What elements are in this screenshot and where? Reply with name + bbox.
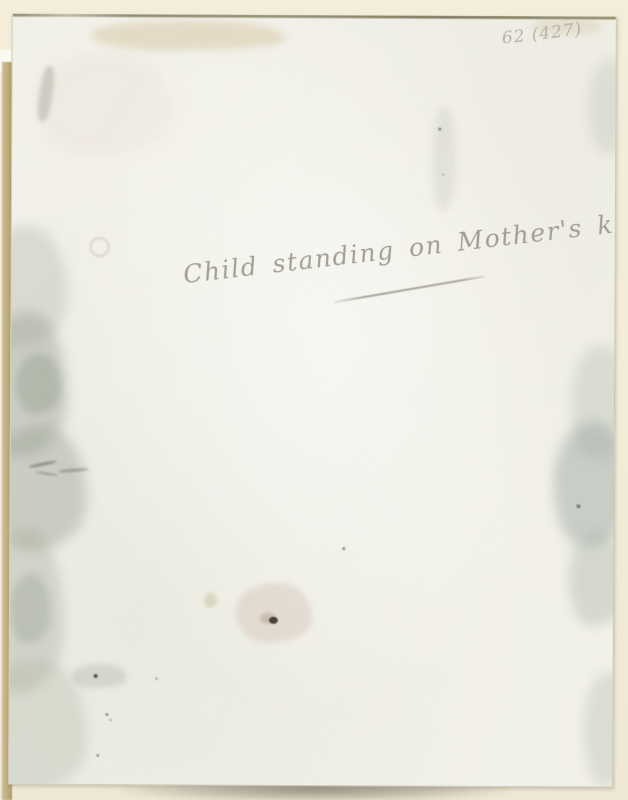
- watercolor-stain-left-mottle-1: [16, 354, 61, 414]
- handwritten-title: Child standing on Mother's knee: [182, 211, 603, 289]
- watercolor-stain-left-mottle-2: [10, 574, 50, 644]
- gray-smudge-bottom-left: [72, 664, 127, 688]
- handwritten-title-underline: [334, 275, 484, 303]
- ring-mark: [90, 237, 110, 257]
- faint-smudge-upper: [432, 106, 457, 211]
- watercolor-stain-right-1: [588, 58, 617, 153]
- speck-5: [105, 713, 108, 716]
- speck-4: [94, 674, 98, 678]
- speck-6: [109, 719, 111, 721]
- stain-dark-dot-right: [576, 504, 580, 508]
- speck-2: [442, 174, 444, 176]
- watercolor-stain-right-3: [553, 421, 617, 546]
- speck-1: [438, 128, 441, 131]
- speck-8: [96, 754, 99, 757]
- yellow-fleck: [204, 592, 217, 607]
- tan-smudge-top: [91, 20, 286, 51]
- watercolor-stain-right-5: [583, 671, 617, 786]
- photo-backdrop: Child standing on Mother's knee 62 (427): [0, 0, 628, 800]
- watercolor-stain-right-4: [568, 531, 617, 626]
- center-stain-dark-core: [269, 617, 278, 624]
- speck-3: [342, 547, 345, 550]
- speck-7: [156, 677, 158, 680]
- center-pink-stain: [236, 583, 312, 643]
- paper-top-edge-line: [13, 14, 616, 20]
- paper-verso-sheet: Child standing on Mother's knee 62 (427): [8, 14, 617, 788]
- catalog-number-inscription: 62 (427): [501, 19, 584, 48]
